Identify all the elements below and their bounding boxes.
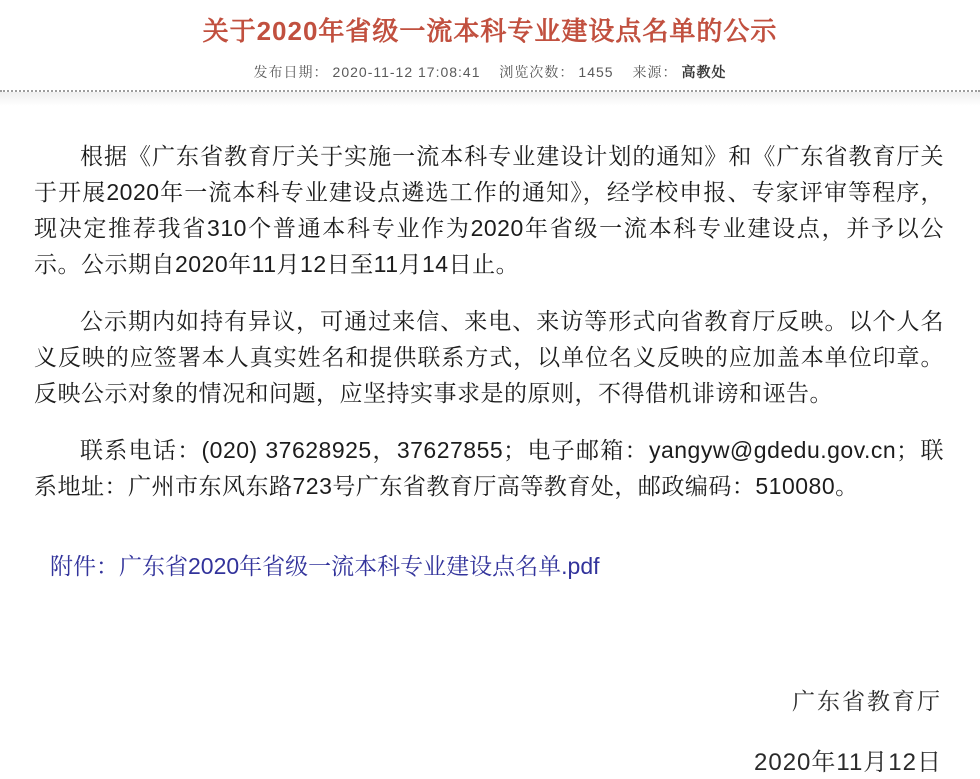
document-body: 根据《广东省教育厅关于实施一流本科专业建设计划的通知》和《广东省教育厅关于开展2…: [0, 106, 980, 777]
paragraph-contact: 联系电话：(020) 37628925，37627855；电子邮箱：yangyw…: [34, 432, 944, 504]
source-label: 来源：: [632, 64, 677, 80]
publish-date-label: 发布日期：: [254, 64, 329, 80]
attachment-filename: 广东省2020年省级一流本科专业建设点名单.pdf: [119, 553, 600, 579]
signature-block: 广东省教育厅 2020年11月12日: [34, 683, 944, 777]
page-title: 关于2020年省级一流本科专业建设点名单的公示: [0, 14, 980, 48]
views-label: 浏览次数：: [499, 64, 574, 80]
signature-organization: 广东省教育厅: [34, 683, 942, 716]
attachment-row: 附件：广东省2020年省级一流本科专业建设点名单.pdf: [34, 548, 944, 581]
signature-date: 2020年11月12日: [34, 742, 942, 777]
publish-date-value: 2020-11-12 17:08:41: [333, 64, 481, 80]
attachment-label: 附件：: [50, 553, 119, 579]
views-value: 1455: [578, 64, 613, 80]
paragraph-basis: 根据《广东省教育厅关于实施一流本科专业建设计划的通知》和《广东省教育厅关于开展2…: [34, 138, 944, 282]
source-value: 高教处: [681, 64, 726, 80]
document-header: 关于2020年省级一流本科专业建设点名单的公示 发布日期：2020-11-12 …: [0, 0, 980, 82]
meta-bar: 发布日期：2020-11-12 17:08:41 浏览次数：1455 来源：高教…: [0, 62, 980, 82]
paragraph-objection: 公示期内如持有异议，可通过来信、来电、来访等形式向省教育厅反映。以个人名义反映的…: [34, 303, 944, 411]
divider-shade: [0, 92, 980, 106]
attachment-pdf-link[interactable]: 附件：广东省2020年省级一流本科专业建设点名单.pdf: [50, 553, 600, 579]
announcement-page: 关于2020年省级一流本科专业建设点名单的公示 发布日期：2020-11-12 …: [0, 0, 980, 779]
